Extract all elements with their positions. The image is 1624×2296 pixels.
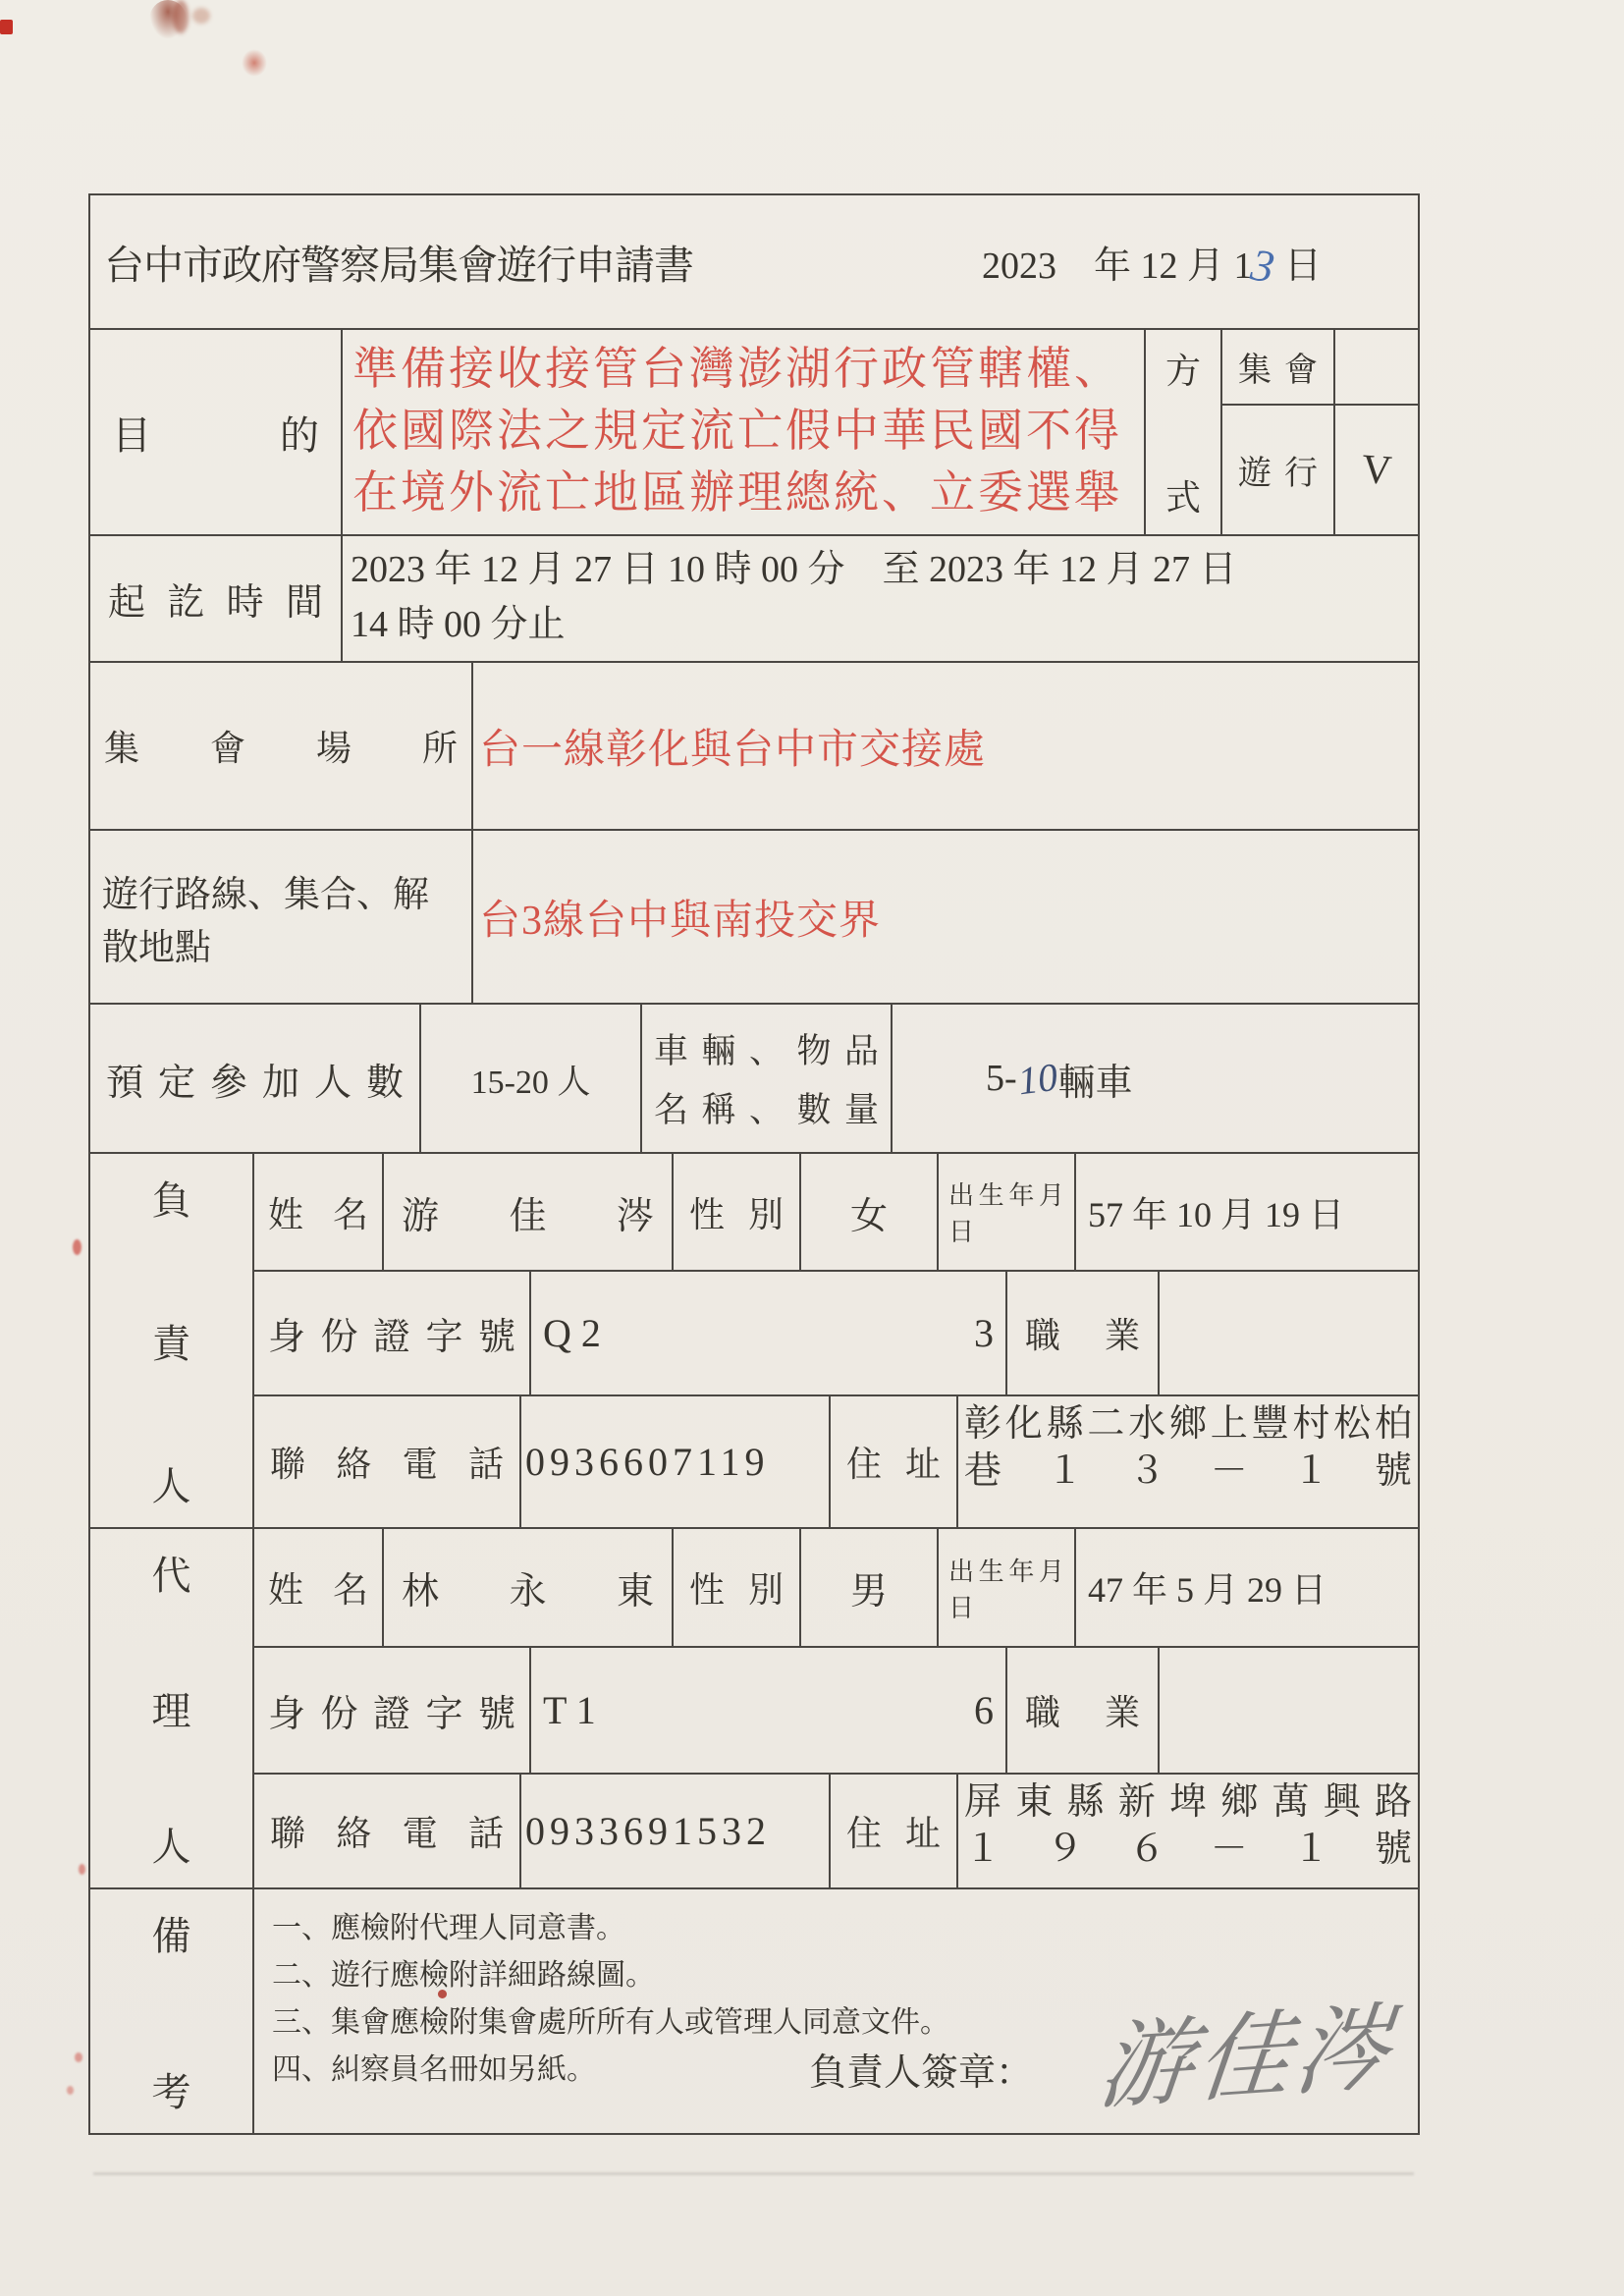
venue-label: 集會場所 [90,721,471,771]
purpose-label: 目的 [90,405,341,461]
id-end: 3 [974,1310,994,1356]
time-row: 起訖時間 2023 年 12 月 27 日 10 時 00 分 至 2023 年… [90,534,1418,661]
signature-label: 負責人簽章： [809,2042,1033,2096]
principal-address: 彰化縣二水鄉上豐村松柏 巷１３－１號 [956,1396,1418,1527]
time-value-cell: 2023 年 12 月 27 日 10 時 00 分 至 2023 年 12 月… [341,536,1418,661]
address-line-2: １９６－１號 [964,1826,1412,1873]
principal-id-number: Q 2 3 [529,1272,1005,1394]
gender-label: 性別 [674,1187,799,1237]
date-day-label: 日 [1284,246,1322,287]
side-char: 代 [152,1545,191,1601]
side-char: 人 [152,1816,191,1872]
purpose-line-3: 在境外流亡地區辦理總統、立委選舉 [352,462,1144,523]
name-label: 姓名 [254,1562,382,1613]
method-option-parade: 遊行 V [1222,404,1418,534]
participants-label: 預定參加人數 [90,1052,419,1106]
assembly-parade-application-form: 台中市政府警察局集會遊行申請書 2023 年 12 月 13 日 目的 準備接收… [88,193,1420,2135]
red-speck [79,1864,85,1875]
occupation-label: 職業 [1007,1685,1158,1735]
participants-label-cell: 預定參加人數 [90,1005,419,1152]
red-speck [73,1239,81,1255]
parade-checkmark: V [1360,446,1393,495]
name-label: 姓名 [254,1187,382,1237]
agent-birthdate: 47 年 5 月 29 日 [1074,1529,1418,1646]
parade-checkbox: V [1333,406,1418,534]
agent-gender: 男 [799,1529,937,1646]
remarks-content: 一、應檢附代理人同意書。 二、遊行應檢附詳細路線圖。 三、集會應檢附集會處所所有… [252,1889,1418,2133]
principal-birthdate: 57 年 10 月 19 日 [1074,1154,1418,1270]
principal-side-label: 負 責 人 [90,1154,252,1527]
id-end: 6 [974,1687,994,1733]
participants-row: 預定參加人數 15-20 人 車輛、物品 名稱、數量 5-10輛車 [90,1003,1418,1152]
purpose-line-1: 準備接收接管台灣澎湖行政管轄權、 [352,338,1144,400]
handwritten-day-digit: 3 [1248,238,1278,293]
remarks-side-label: 備 考 [90,1889,252,2133]
agent-phone: 0933691532 [519,1775,829,1887]
vehicle-label-line-2: 名稱、數量 [642,1083,891,1132]
id-start: Q 2 [543,1310,601,1356]
purpose-label-cell: 目的 [90,330,341,534]
note-1: 一、應檢附代理人同意書。 [272,1905,1418,1952]
address-line-1: 彰化縣二水鄉上豐村松柏 [964,1400,1412,1448]
time-label-cell: 起訖時間 [90,536,341,661]
date-printed: 2023 年 12 月 1 [982,246,1253,287]
side-char: 備 [152,1905,191,1961]
route-value: 台3線台中與南投交界 [479,888,881,947]
route-label-cell: 遊行路線、集合、解散地點 [90,831,471,1003]
principal-phone: 0936607119 [519,1396,829,1527]
address-label: 住址 [831,1437,956,1487]
scan-smear [93,2172,1414,2175]
gender-label: 性別 [674,1562,799,1613]
side-char: 理 [152,1680,191,1736]
ink-stain [173,0,189,33]
red-speck [75,2052,82,2062]
agent-name-row: 姓名 林永東 性別 男 出生年月日 47 年 5 月 29 日 [254,1529,1418,1646]
principal-contact-row: 聯絡電話 0936607119 住址 彰化縣二水鄉上豐村松柏 巷１３－１號 [254,1394,1418,1527]
agent-id-number: T 1 6 [529,1648,1005,1773]
remarks-section: 備 考 一、應檢附代理人同意書。 二、遊行應檢附詳細路線圖。 三、集會應檢附集會… [90,1887,1418,2133]
participants-count: 15-20 人 [419,1005,640,1152]
address-line-2: 巷１３－１號 [964,1448,1412,1495]
principal-gender: 女 [799,1154,937,1270]
form-title: 台中市政府警察局集會遊行申請書 [90,233,982,291]
assembly-checkbox [1333,330,1418,404]
route-value-cell: 台3線台中與南投交界 [471,831,1418,1003]
venue-row: 集會場所 台一線彰化與台中市交接處 [90,661,1418,829]
time-label: 起訖時間 [90,572,341,626]
red-speck [67,2086,74,2095]
agent-contact-row: 聯絡電話 0933691532 住址 屏東縣新埤鄉萬興路 １９６－１號 [254,1773,1418,1887]
address-label: 住址 [831,1806,956,1856]
ink-stain [242,49,267,77]
vehicle-label-cell: 車輛、物品 名稱、數量 [640,1005,891,1152]
vehicle-value-cell: 5-10輛車 [891,1005,1418,1152]
id-start: T 1 [543,1687,596,1733]
method-option-assembly: 集會 [1222,330,1418,404]
principal-section: 負 責 人 姓名 游佳涔 性別 女 出生年月日 57 年 10 月 19 日 身… [90,1152,1418,1527]
assembly-option-label: 集會 [1222,343,1333,391]
agent-address: 屏東縣新埤鄉萬興路 １９６－１號 [956,1775,1418,1887]
method-label-bottom: 式 [1165,470,1201,520]
red-edge-mark [0,20,13,34]
method-label-top: 方 [1165,344,1201,394]
vehicle-count-printed: 5- [986,1057,1017,1100]
principal-id-row: 身份證字號 Q 2 3 職業 [254,1270,1418,1394]
agent-name: 林永東 [382,1529,672,1646]
side-char: 負 [152,1170,191,1226]
agent-occupation [1158,1648,1418,1773]
venue-label-cell: 集會場所 [90,663,471,829]
id-number-label: 身份證字號 [254,1306,529,1360]
principal-name-row: 姓名 游佳涔 性別 女 出生年月日 57 年 10 月 19 日 [254,1154,1418,1270]
ink-stain [192,8,210,24]
venue-value: 台一線彰化與台中市交接處 [479,717,986,776]
time-line-2: 14 時 00 分止 [351,597,1418,652]
birthdate-label: 出生年月日 [939,1175,1074,1248]
parade-option-label: 遊行 [1222,446,1333,494]
application-date: 2023 年 12 月 13 日 [982,235,1418,289]
agent-id-row: 身份證字號 T 1 6 職業 [254,1646,1418,1773]
route-row: 遊行路線、集合、解散地點 台3線台中與南投交界 [90,829,1418,1003]
title-row: 台中市政府警察局集會遊行申請書 2023 年 12 月 13 日 [90,195,1418,328]
purpose-row: 目的 準備接收接管台灣澎湖行政管轄權、 依國際法之規定流亡假中華民國不得 在境外… [90,328,1418,534]
purpose-value-cell: 準備接收接管台灣澎湖行政管轄權、 依國際法之規定流亡假中華民國不得 在境外流亡地… [341,330,1144,534]
agent-side-label: 代 理 人 [90,1529,252,1887]
purpose-line-2: 依國際法之規定流亡假中華民國不得 [352,400,1144,462]
side-char: 考 [152,2061,191,2117]
occupation-label: 職業 [1007,1308,1158,1358]
scanned-document-page: { "form": { "title": "台中市政府警察局集會遊行申請書", … [0,0,1624,2296]
address-line-1: 屏東縣新埤鄉萬興路 [964,1778,1412,1826]
side-char: 責 [152,1313,191,1369]
principal-name: 游佳涔 [382,1154,672,1270]
vehicle-label-line-1: 車輛、物品 [642,1024,891,1073]
phone-label: 聯絡電話 [254,1806,519,1856]
id-number-label: 身份證字號 [254,1683,529,1737]
venue-value-cell: 台一線彰化與台中市交接處 [471,663,1418,829]
route-label: 遊行路線、集合、解散地點 [90,864,471,970]
agent-section: 代 理 人 姓名 林永東 性別 男 出生年月日 47 年 5 月 29 日 身份… [90,1527,1418,1887]
handwritten-vehicle-number: 10 [1015,1053,1059,1104]
handwritten-signature: 游佳涔 [1093,1972,1401,2128]
method-label-cell: 方 式 [1144,330,1220,534]
phone-label: 聯絡電話 [254,1437,519,1487]
birthdate-label: 出生年月日 [939,1552,1074,1624]
side-char: 人 [152,1455,191,1511]
time-line-1: 2023 年 12 月 27 日 10 時 00 分 至 2023 年 12 月… [351,542,1418,597]
principal-occupation [1158,1272,1418,1394]
vehicle-unit: 輛車 [1058,1052,1133,1106]
method-options: 集會 遊行 V [1220,330,1418,534]
